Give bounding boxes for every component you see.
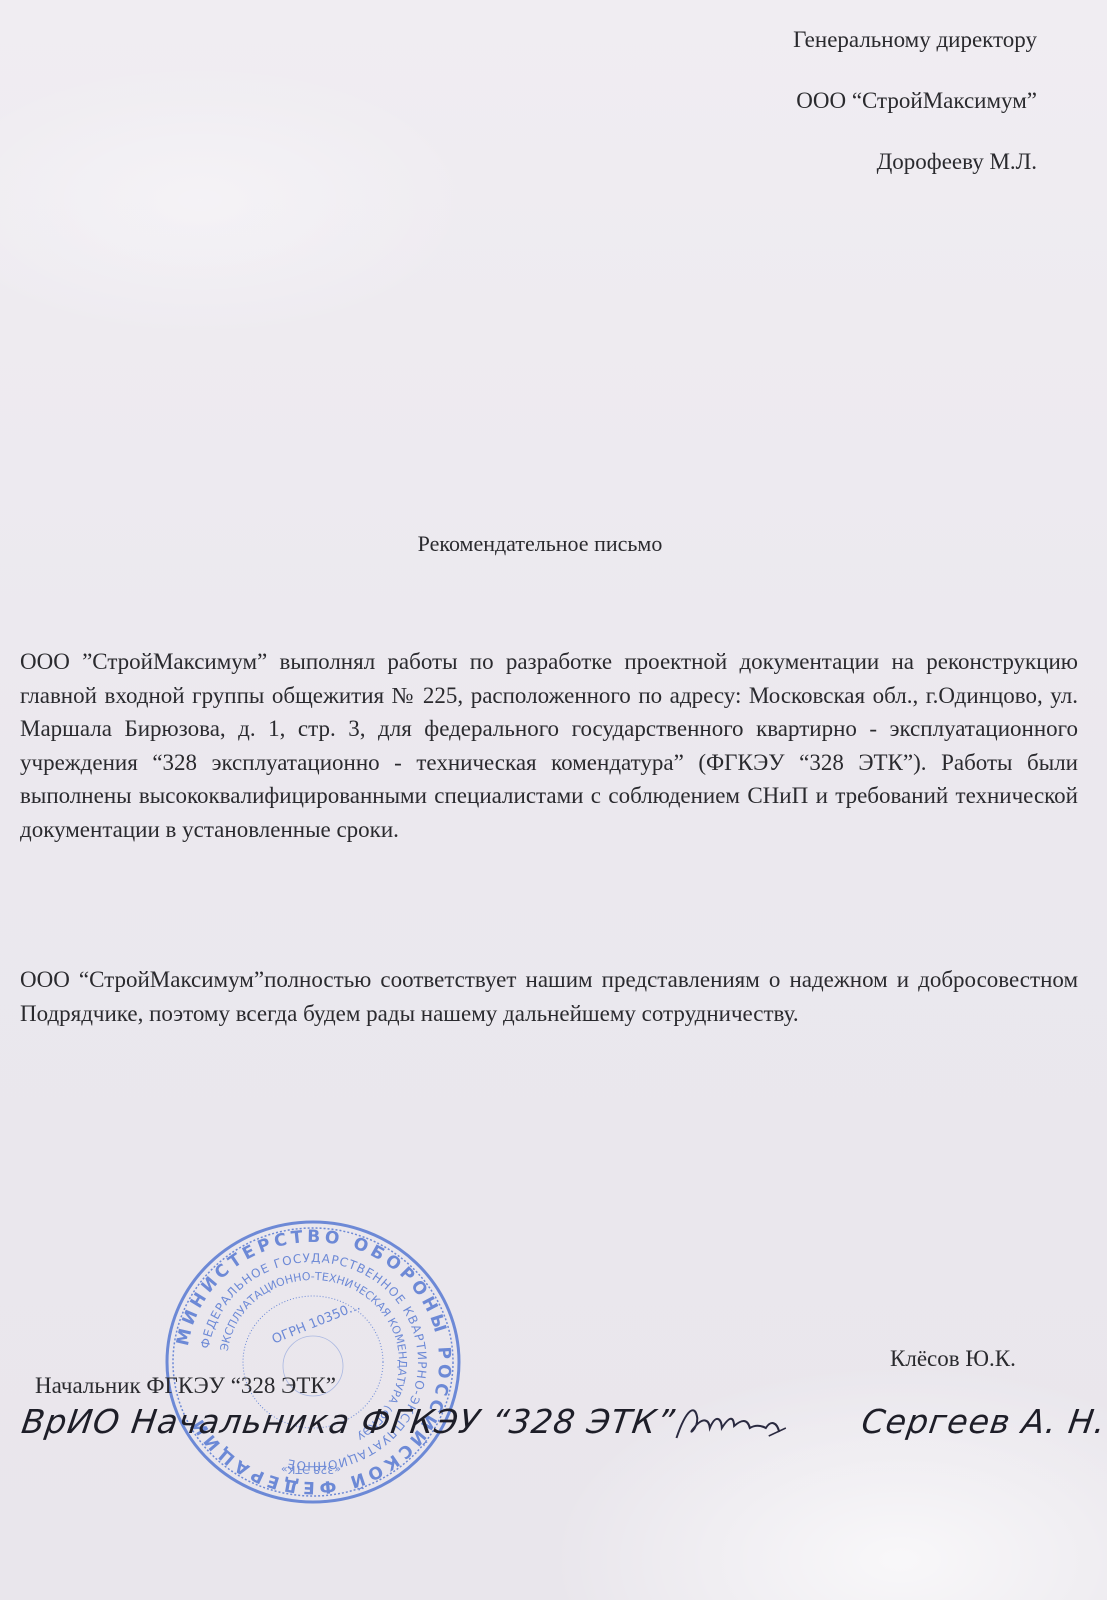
signatory-name: Клёсов Ю.К. bbox=[890, 1346, 1016, 1372]
handwritten-name: Сергеев А. Н. bbox=[859, 1402, 1107, 1441]
addressee-company: ООО “СтройМаксимум” bbox=[793, 89, 1037, 150]
svg-text:МИНИСТЕРСТВО ОБОРОНЫ РОССИЙСКО: МИНИСТЕРСТВО ОБОРОНЫ РОССИЙСКОЙ ФЕДЕРАЦИ… bbox=[173, 1227, 454, 1497]
addressee-name: Дорофееву М.Л. bbox=[793, 150, 1037, 211]
signature-scribble-icon bbox=[667, 1398, 794, 1448]
addressee-block: Генеральному директору ООО “СтройМаксиму… bbox=[793, 28, 1037, 211]
signatory-title: Начальник ФГКЭУ “328 ЭТК” bbox=[35, 1373, 336, 1399]
letter-page: Генеральному директору ООО “СтройМаксиму… bbox=[0, 0, 1107, 1600]
official-stamp-icon: МИНИСТЕРСТВО ОБОРОНЫ РОССИЙСКОЙ ФЕДЕРАЦИ… bbox=[163, 1216, 463, 1508]
addressee-position: Генеральному директору bbox=[793, 28, 1037, 89]
handwritten-signature bbox=[666, 1398, 794, 1456]
svg-text:«328 ЭТК»: «328 ЭТК» bbox=[281, 1463, 341, 1476]
body-paragraph-1: ООО ”СтройМаксимум” выполнял работы по р… bbox=[20, 645, 1078, 847]
handwritten-title: ВрИО Начальника ФГКЭУ “328 ЭТК” bbox=[19, 1402, 677, 1441]
svg-text:ОГРН 10350...: ОГРН 10350... bbox=[270, 1298, 362, 1347]
body-paragraph-2: ООО “СтройМаксимум”полностью соответству… bbox=[20, 963, 1078, 1030]
document-title: Рекомендательное письмо bbox=[0, 531, 1080, 557]
